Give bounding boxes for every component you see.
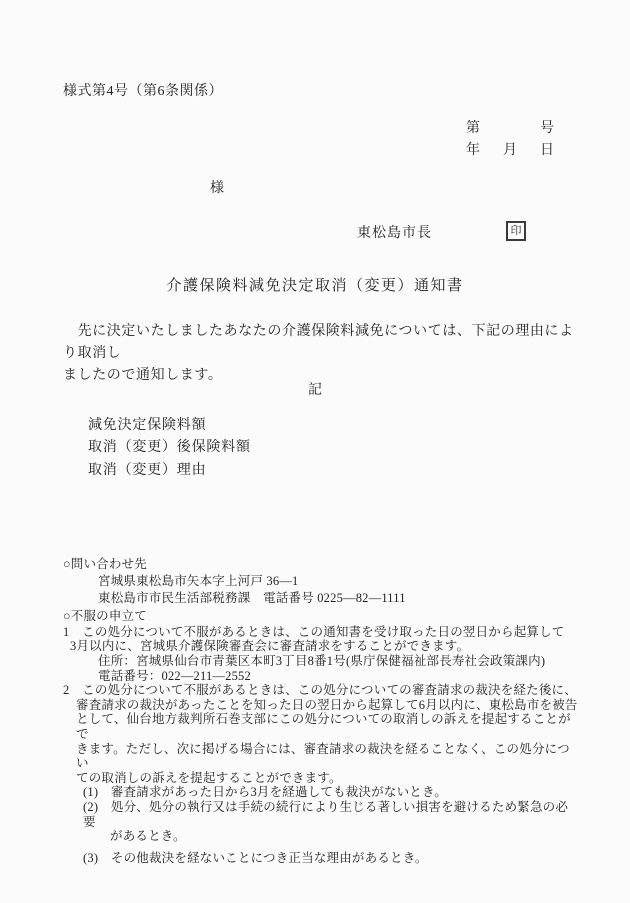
appeal-item-2-line-1: 2 この処分について不服があるときは、この処分についての審査請求の裁決を経た後に… — [63, 683, 579, 698]
doc-number-suffix: 号 — [540, 117, 554, 137]
appeal-subitem-3: (3) その他裁決を経ないことにつき正当な理由があるとき。 — [63, 851, 579, 866]
day-label: 日 — [540, 139, 554, 159]
footnotes-section: ○問い合わせ先 宮城県東松島市矢本字上河戸 36―1 東松島市市民生活部税務課 … — [63, 556, 579, 865]
record-items: 減免決定保険料額 取消（変更）後保険料額 取消（変更）理由 — [88, 415, 251, 482]
item-cancellation-reason: 取消（変更）理由 — [88, 460, 251, 482]
appeal-item-1-line-2: 3月以内に、宮城県介護保険審査会に審査請求をすることができます。 — [63, 639, 579, 654]
appeal-item-1-address: 住所：宮城県仙台市青葉区本町3丁目8番1号(県庁保健福祉部長寿社会政策課内) — [63, 654, 579, 669]
appeal-item-1-line-1: 1 この処分について不服があるときは、この通知書を受け取った日の翌日から起算して — [63, 625, 579, 640]
appeal-item-2-line-4: きます。ただし、次に掲げる場合には、審査請求の裁決を経ることなく、この処分につい — [63, 742, 579, 771]
form-number: 様式第4号（第6条関係） — [63, 80, 223, 100]
appeal-item-2-line-5: ての取消しの訴えを提起することができます。 — [63, 771, 579, 786]
appeal-item-1-phone: 電話番号：022―211―2552 — [63, 669, 579, 684]
appeal-subitem-2-continuation: があるとき。 — [63, 829, 579, 844]
addressee-honorific: 様 — [210, 177, 224, 197]
appeal-item-2-line-2: 審査請求の裁決があったことを知った日の翌日から起算して6月以内に、東松島市を被告 — [63, 698, 579, 713]
appeal-subitem-1: (1) 審査請求があった日から3月を経過しても裁決がないとき。 — [63, 785, 579, 800]
seal-mark: 印 — [506, 221, 526, 241]
appeal-subitem-2: (2) 処分、処分の執行又は手続の続行により生じる著しい損害を避けるため緊急の必… — [63, 800, 579, 829]
sender-name: 東松島市長 — [357, 222, 432, 242]
appeal-item-2-line-3: として、仙台地方裁判所石巻支部にこの処分についての取消しの訴えを提起することがで — [63, 712, 579, 741]
document-title: 介護保険料減免決定取消（変更）通知書 — [0, 274, 630, 295]
contact-dept-phone: 東松島市市民生活部税務課 電話番号 0225―82―1111 — [63, 590, 579, 607]
item-post-cancellation-amount: 取消（変更）後保険料額 — [88, 437, 251, 459]
month-label: 月 — [503, 139, 517, 159]
document-page: 様式第4号（第6条関係） 第 号 年 月 日 様 東松島市長 印 介護保険料減免… — [0, 0, 630, 903]
appeal-heading: ○不服の申立て — [63, 608, 579, 625]
contact-address: 宮城県東松島市矢本字上河戸 36―1 — [63, 573, 579, 590]
date-line: 年 月 日 — [466, 139, 554, 159]
ki-marker: 記 — [0, 379, 630, 399]
item-exemption-decided-amount: 減免決定保険料額 — [88, 415, 251, 437]
body-paragraph-line-1: 先に決定いたしましたあなたの介護保険料減免については、下記の理由により取消し — [63, 321, 575, 365]
body-paragraph: 先に決定いたしましたあなたの介護保険料減免については、下記の理由により取消し ま… — [63, 321, 575, 387]
doc-number-line: 第 号 — [466, 117, 554, 137]
year-label: 年 — [466, 139, 480, 159]
doc-number-prefix: 第 — [466, 117, 480, 137]
contact-heading: ○問い合わせ先 — [63, 556, 579, 573]
